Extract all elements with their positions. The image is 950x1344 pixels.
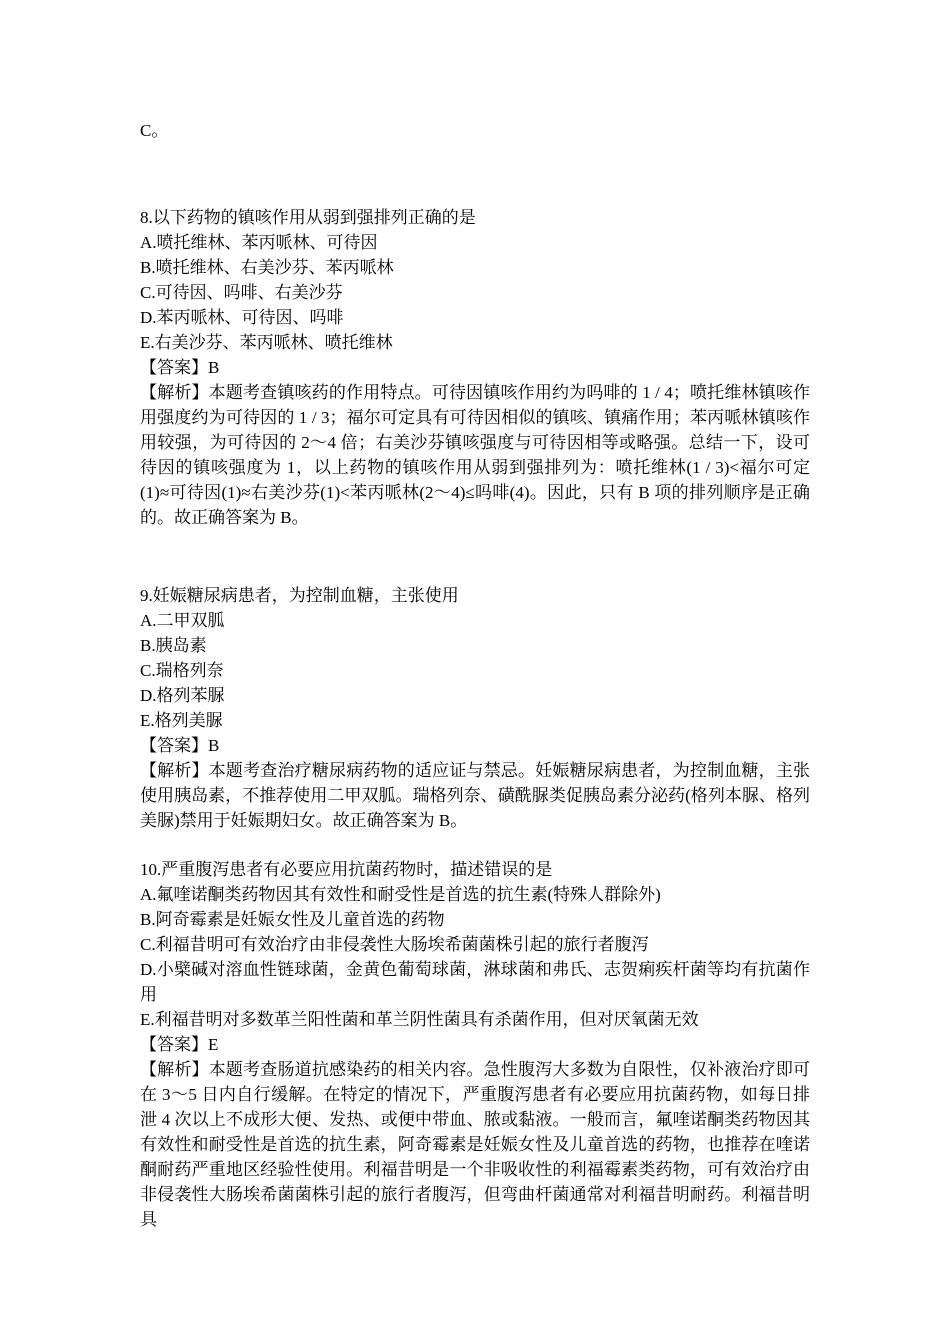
question-10-answer: 【答案】E: [140, 1032, 810, 1057]
question-8-block: 8.以下药物的镇咳作用从弱到强排列正确的是 A.喷托维林、苯丙哌林、可待因 B.…: [140, 205, 810, 530]
question-9-option-d: D.格列苯脲: [140, 683, 810, 708]
question-8-analysis: 【解析】本题考查镇咳药的作用特点。可待因镇咳作用约为吗啡的 1 / 4；喷托维林…: [140, 380, 810, 530]
question-10-block: 10.严重腹泻患者有必要应用抗菌药物时，描述错误的是 A.氟喹诺酮类药物因其有效…: [140, 857, 810, 1232]
question-8-option-c: C.可待因、吗啡、右美沙芬: [140, 280, 810, 305]
question-9-answer: 【答案】B: [140, 733, 810, 758]
question-9-option-c: C.瑞格列奈: [140, 658, 810, 683]
question-8-option-b: B.喷托维林、右美沙芬、苯丙哌林: [140, 255, 810, 280]
question-9-block: 9.妊娠糖尿病患者，为控制血糖，主张使用 A.二甲双胍 B.胰岛素 C.瑞格列奈…: [140, 583, 810, 833]
question-8-stem: 8.以下药物的镇咳作用从弱到强排列正确的是: [140, 205, 810, 230]
question-10-analysis: 【解析】本题考查肠道抗感染药的相关内容。急性腹泻大多数为自限性，仅补液治疗即可在…: [140, 1057, 810, 1232]
question-9-option-a: A.二甲双胍: [140, 608, 810, 633]
question-8-option-d: D.苯丙哌林、可待因、吗啡: [140, 305, 810, 330]
question-8-option-e: E.右美沙芬、苯丙哌林、喷托维林: [140, 330, 810, 355]
document-page: C。 8.以下药物的镇咳作用从弱到强排列正确的是 A.喷托维林、苯丙哌林、可待因…: [0, 0, 950, 1344]
question-9-analysis: 【解析】本题考查治疗糖尿病药物的适应证与禁忌。妊娠糖尿病患者，为控制血糖，主张使…: [140, 758, 810, 833]
question-8-option-a: A.喷托维林、苯丙哌林、可待因: [140, 230, 810, 255]
question-8-answer: 【答案】B: [140, 355, 810, 380]
question-10-option-b: B.阿奇霉素是妊娠女性及儿童首选的药物: [140, 907, 810, 932]
question-10-stem: 10.严重腹泻患者有必要应用抗菌药物时，描述错误的是: [140, 857, 810, 882]
question-9-stem: 9.妊娠糖尿病患者，为控制血糖，主张使用: [140, 583, 810, 608]
question-10-option-a: A.氟喹诺酮类药物因其有效性和耐受性是首选的抗生素(特殊人群除外): [140, 882, 810, 907]
question-10-option-e: E.利福昔明对多数革兰阳性菌和革兰阴性菌具有杀菌作用，但对厌氧菌无效: [140, 1007, 810, 1032]
previous-answer-continuation: C。: [140, 118, 810, 143]
question-10-option-c: C.利福昔明可有效治疗由非侵袭性大肠埃希菌菌株引起的旅行者腹泻: [140, 932, 810, 957]
question-9-option-b: B.胰岛素: [140, 633, 810, 658]
question-10-option-d: D.小檗碱对溶血性链球菌，金黄色葡萄球菌，淋球菌和弗氏、志贺痢疾杆菌等均有抗菌作…: [140, 957, 810, 1007]
question-9-option-e: E.格列美脲: [140, 708, 810, 733]
